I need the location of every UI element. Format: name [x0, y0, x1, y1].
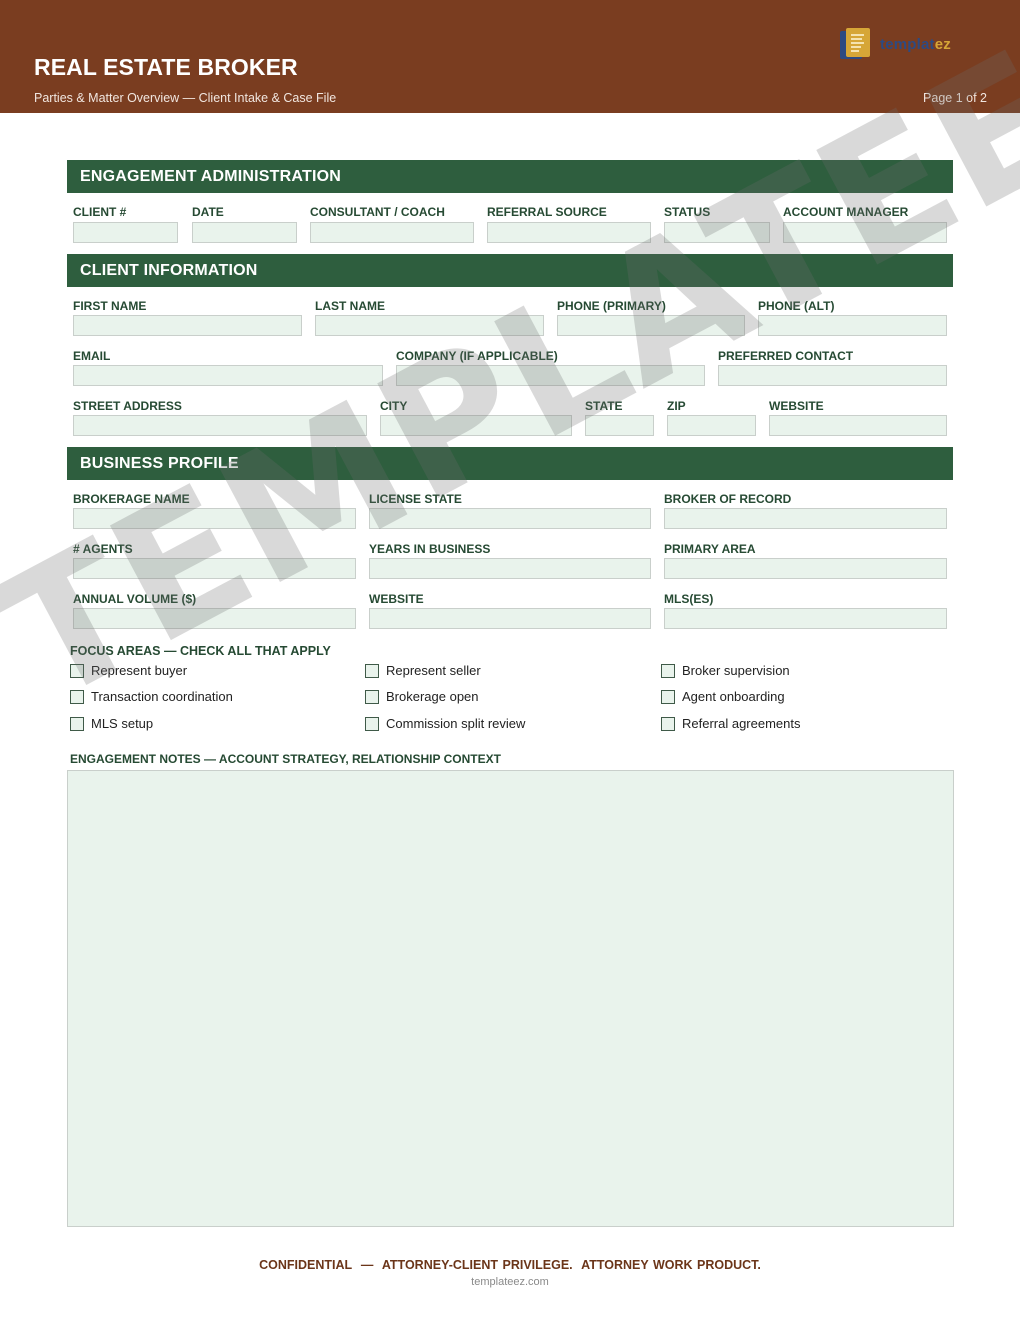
checkbox-icon[interactable] [365, 690, 379, 704]
brokerage-name-field[interactable] [73, 508, 356, 529]
phone-alt-label: PHONE (ALT) [758, 299, 834, 313]
engagement-notes-textarea[interactable] [67, 770, 954, 1227]
engagement-notes-heading: ENGAGEMENT NOTES — ACCOUNT STRATEGY, REL… [70, 752, 501, 766]
preferred-contact-label: PREFERRED CONTACT [718, 349, 853, 363]
primary-area-label: PRIMARY AREA [664, 542, 756, 556]
checkbox-agent-onboarding[interactable]: Agent onboarding [661, 689, 785, 704]
preferred-contact-field[interactable] [718, 365, 947, 386]
date-field[interactable] [192, 222, 297, 243]
client-number-label: CLIENT # [73, 205, 126, 219]
years-in-business-field[interactable] [369, 558, 651, 579]
business-website-field[interactable] [369, 608, 651, 629]
checkbox-icon[interactable] [365, 664, 379, 678]
years-in-business-label: YEARS IN BUSINESS [369, 542, 490, 556]
first-name-field[interactable] [73, 315, 302, 336]
phone-primary-field[interactable] [557, 315, 745, 336]
street-address-field[interactable] [73, 415, 367, 436]
client-website-field[interactable] [769, 415, 947, 436]
consultant-coach-field[interactable] [310, 222, 474, 243]
zip-field[interactable] [667, 415, 756, 436]
agents-count-field[interactable] [73, 558, 356, 579]
state-label: STATE [585, 399, 623, 413]
company-field[interactable] [396, 365, 705, 386]
annual-volume-label: ANNUAL VOLUME ($) [73, 592, 196, 606]
page-title: REAL ESTATE BROKER [34, 54, 298, 81]
mls-field[interactable] [664, 608, 947, 629]
checkbox-icon[interactable] [70, 717, 84, 731]
last-name-label: LAST NAME [315, 299, 385, 313]
status-field[interactable] [664, 222, 770, 243]
license-state-label: LICENSE STATE [369, 492, 462, 506]
date-label: DATE [192, 205, 224, 219]
referral-source-label: REFERRAL SOURCE [487, 205, 607, 219]
client-website-label: WEBSITE [769, 399, 824, 413]
checkbox-represent-seller[interactable]: Represent seller [365, 663, 481, 678]
account-manager-field[interactable] [783, 222, 947, 243]
first-name-label: FIRST NAME [73, 299, 146, 313]
city-label: CITY [380, 399, 407, 413]
referral-source-field[interactable] [487, 222, 651, 243]
broker-of-record-label: BROKER OF RECORD [664, 492, 791, 506]
account-manager-label: ACCOUNT MANAGER [783, 205, 908, 219]
checkbox-icon[interactable] [661, 717, 675, 731]
company-label: COMPANY (IF APPLICABLE) [396, 349, 558, 363]
focus-areas-heading: FOCUS AREAS — CHECK ALL THAT APPLY [70, 644, 331, 658]
section-business-profile: BUSINESS PROFILE [67, 447, 953, 480]
email-label: EMAIL [73, 349, 110, 363]
last-name-field[interactable] [315, 315, 544, 336]
phone-primary-label: PHONE (PRIMARY) [557, 299, 666, 313]
logo-text: templatez [880, 36, 951, 53]
checkbox-mls-setup[interactable]: MLS setup [70, 716, 153, 731]
checkbox-referral-agreements[interactable]: Referral agreements [661, 716, 801, 731]
page-subtitle: Parties & Matter Overview — Client Intak… [34, 91, 336, 105]
status-label: STATUS [664, 205, 710, 219]
checkbox-broker-supervision[interactable]: Broker supervision [661, 663, 790, 678]
page-indicator: Page 1 of 2 [923, 91, 987, 105]
page-header: templatez REAL ESTATE BROKER Parties & M… [0, 0, 1020, 113]
confidentiality-notice: CONFIDENTIAL — ATTORNEY-CLIENT PRIVILEGE… [0, 1258, 1020, 1272]
section-client-information: CLIENT INFORMATION [67, 254, 953, 287]
section-engagement-administration: ENGAGEMENT ADMINISTRATION [67, 160, 953, 193]
street-address-label: STREET ADDRESS [73, 399, 182, 413]
checkbox-icon[interactable] [70, 664, 84, 678]
phone-alt-field[interactable] [758, 315, 947, 336]
checkbox-icon[interactable] [365, 717, 379, 731]
checkbox-represent-buyer[interactable]: Represent buyer [70, 663, 187, 678]
checkbox-icon[interactable] [70, 690, 84, 704]
broker-of-record-field[interactable] [664, 508, 947, 529]
checkbox-transaction-coordination[interactable]: Transaction coordination [70, 689, 233, 704]
checkbox-icon[interactable] [661, 690, 675, 704]
state-field[interactable] [585, 415, 654, 436]
email-field[interactable] [73, 365, 383, 386]
checkbox-icon[interactable] [661, 664, 675, 678]
checkbox-commission-split-review[interactable]: Commission split review [365, 716, 525, 731]
checkbox-brokerage-open[interactable]: Brokerage open [365, 689, 479, 704]
annual-volume-field[interactable] [73, 608, 356, 629]
city-field[interactable] [380, 415, 572, 436]
business-website-label: WEBSITE [369, 592, 424, 606]
templateez-logo: templatez [840, 27, 951, 61]
agents-count-label: # AGENTS [73, 542, 133, 556]
consultant-coach-label: CONSULTANT / COACH [310, 205, 445, 219]
mls-label: MLS(ES) [664, 592, 713, 606]
document-stack-icon [840, 27, 872, 61]
client-number-field[interactable] [73, 222, 178, 243]
footer-site: templateez.com [0, 1276, 1020, 1288]
primary-area-field[interactable] [664, 558, 947, 579]
zip-label: ZIP [667, 399, 686, 413]
license-state-field[interactable] [369, 508, 651, 529]
brokerage-name-label: BROKERAGE NAME [73, 492, 190, 506]
